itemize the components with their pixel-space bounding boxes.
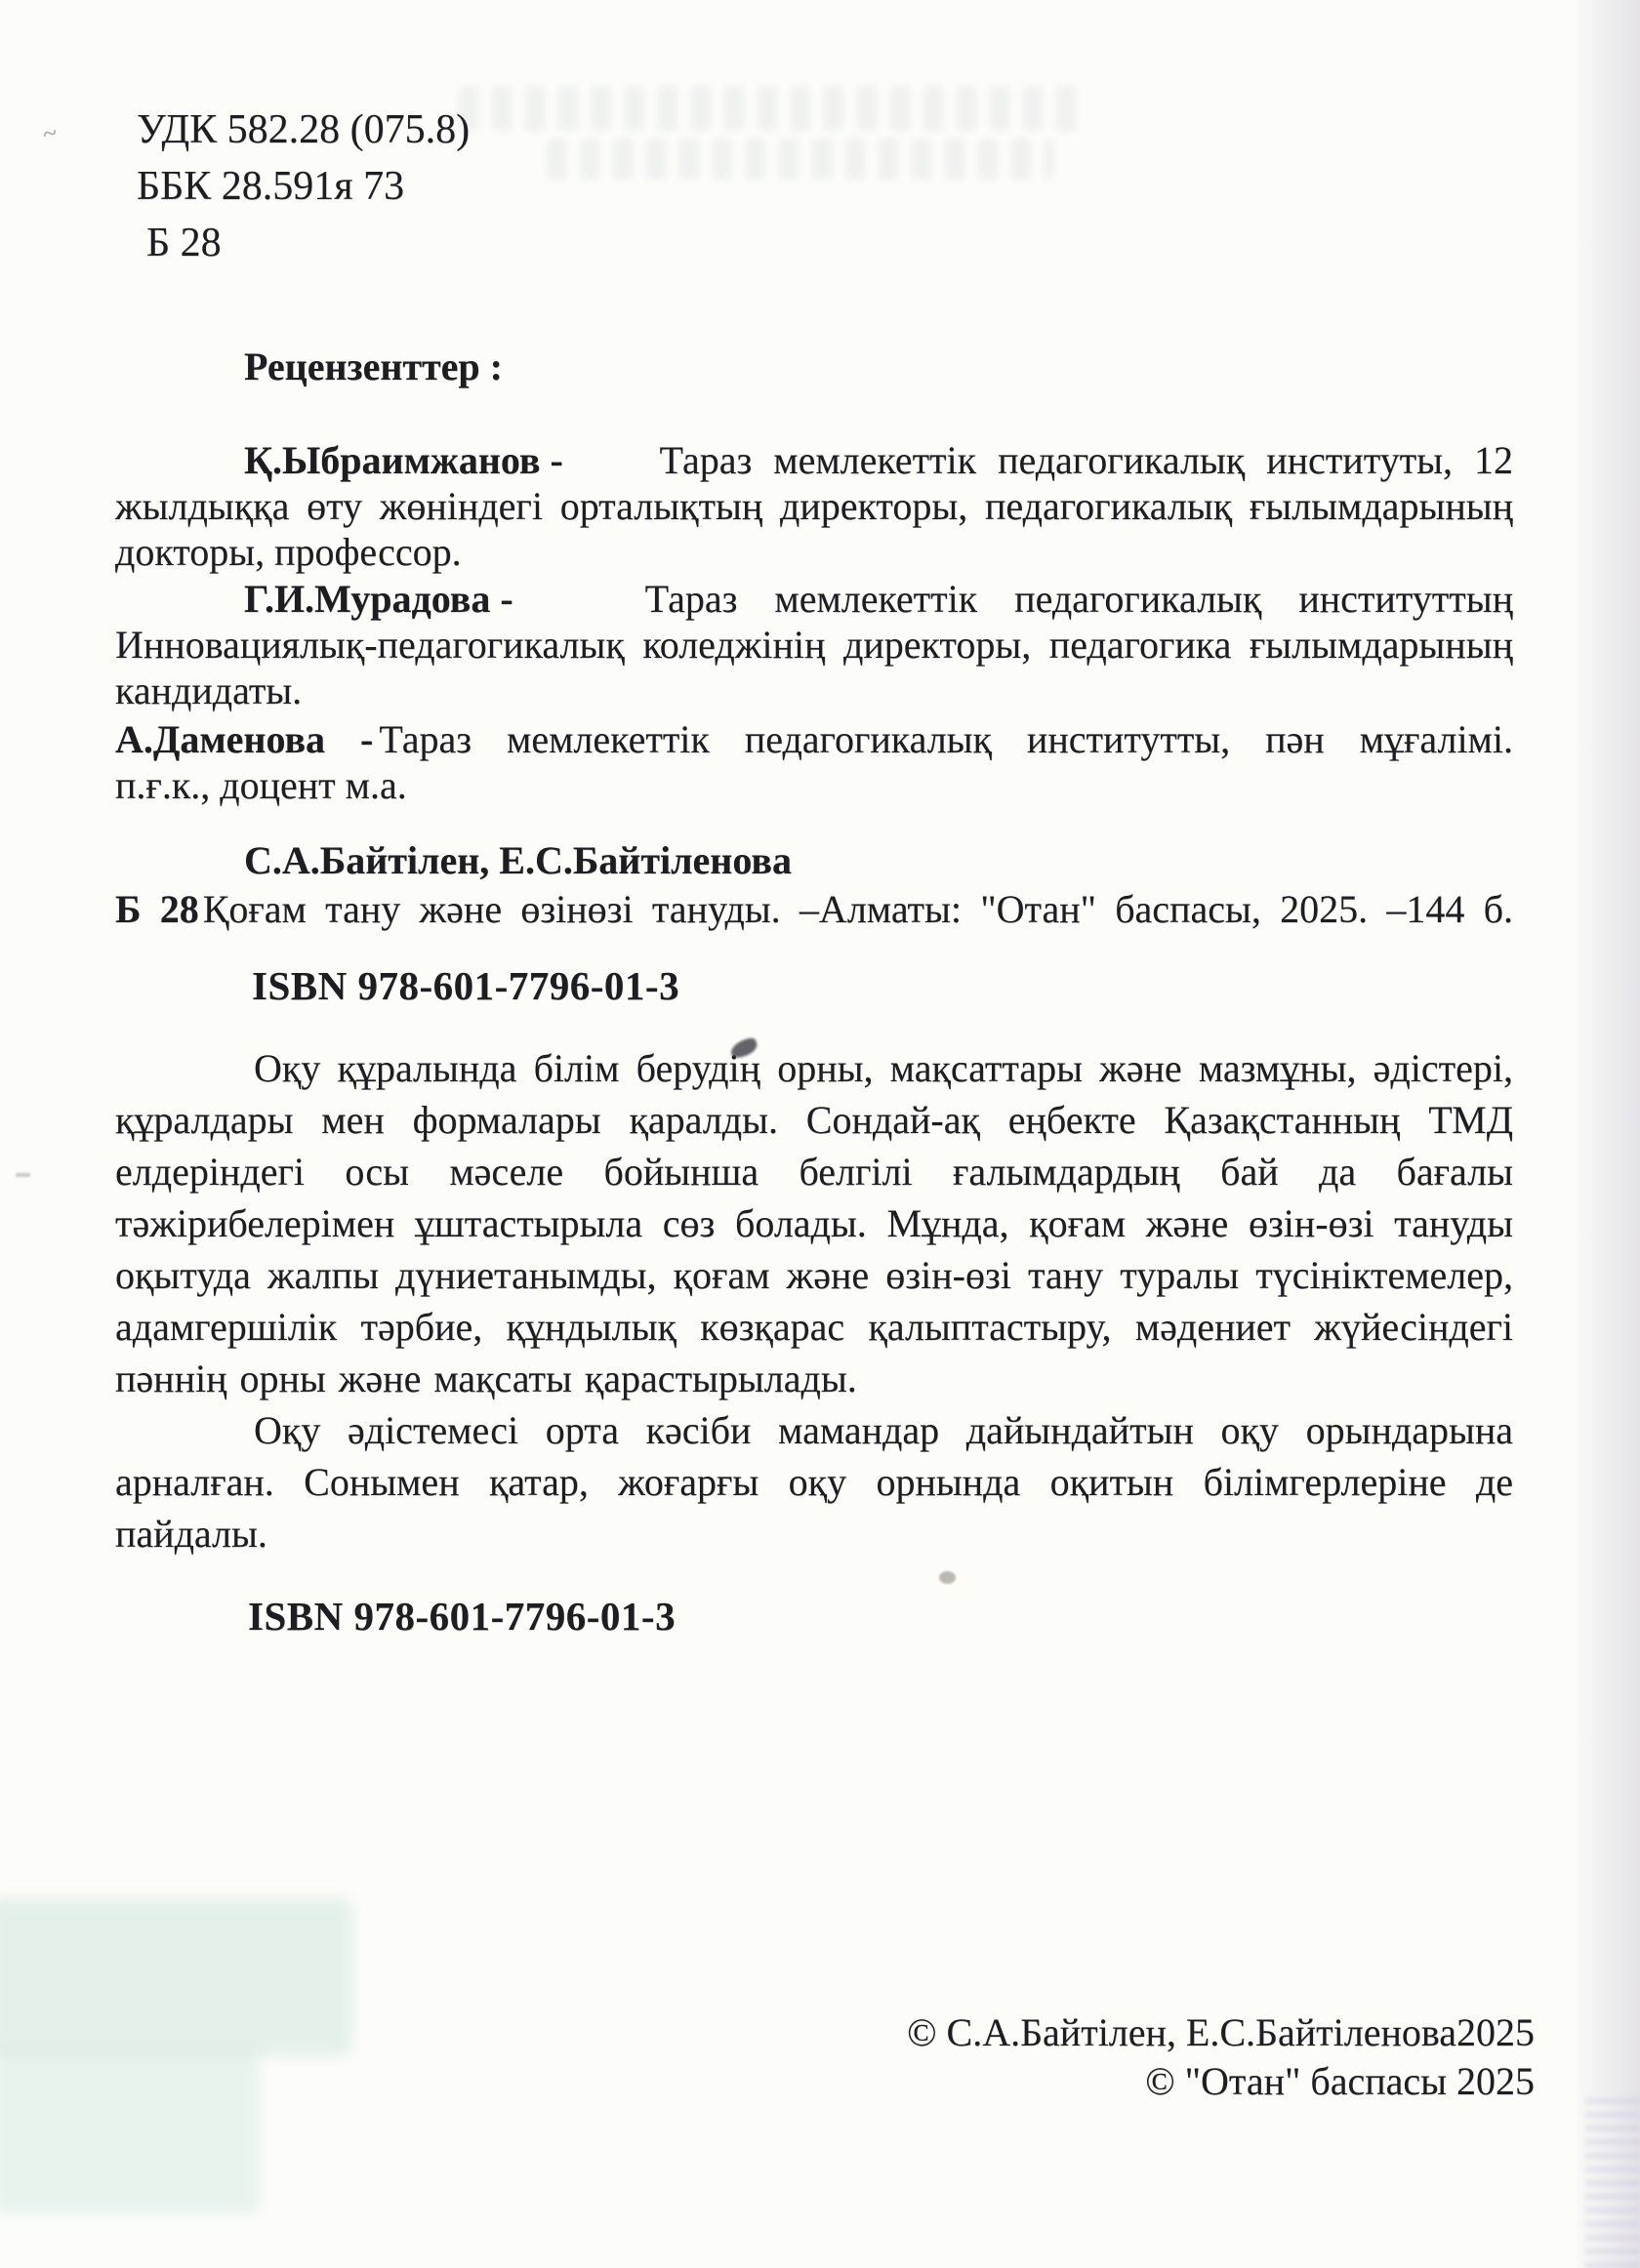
reviewer-line: п.ғ.к., доцент м.а.: [115, 762, 1513, 808]
reviewer-line: Қ.Ыбраимжанов - Тараз мемлекеттік педаго…: [115, 437, 1513, 483]
udk-code: УДК 582.28 (075.8): [137, 101, 470, 158]
reviewer-entry: Қ.Ыбраимжанов - Тараз мемлекеттік педаго…: [115, 437, 1513, 575]
annotation-block: Оқу құралында білім берудің орны, мақсат…: [115, 1042, 1513, 1559]
reviewer-line: кандидаты.: [115, 668, 1513, 713]
bibliographic-entry: Б 28Қоғам тану және өзінөзі тануды. –Алм…: [115, 886, 1513, 932]
reviewer-line: Инновациялық-педагогикалық коледжінің ди…: [115, 622, 1513, 668]
bleedthrough-stamp-artifact: [0, 2049, 260, 2213]
reviewer-affiliation: Тараз мемлекеттік педагогикалық институт…: [379, 717, 1513, 761]
reviewer-name: А.Даменова -: [115, 717, 379, 761]
margin-tick-artifact: [16, 1173, 30, 1177]
reviewer-line: жылдыққа өту жөніндегі орталықтың директ…: [115, 483, 1513, 529]
reviewer-entry: Г.И.Мурадова - Тараз мемлекеттік педагог…: [115, 576, 1513, 713]
annotation-paragraph: Оқу әдістемесі орта кәсіби мамандар дайы…: [115, 1404, 1513, 1559]
reviewer-name: Қ.Ыбраимжанов -: [115, 437, 563, 483]
annotation-paragraph: Оқу құралында білім берудің орны, мақсат…: [115, 1042, 1513, 1404]
copyright-authors-line: © С.А.Байтілен, Е.С.Байтіленова2025: [683, 2008, 1535, 2057]
reviewer-line: А.Даменова -Тараз мемлекеттік педагогика…: [115, 716, 1513, 762]
reviewer-line: Г.И.Мурадова - Тараз мемлекеттік педагог…: [115, 576, 1513, 622]
bleedthrough-stamp-artifact: [0, 1899, 351, 2055]
bibliographic-description: Қоғам тану және өзінөзі тануды. –Алматы:…: [203, 887, 1513, 931]
classification-codes: УДК 582.28 (075.8) ББК 28.591я 73 Б 28: [137, 101, 470, 271]
scan-edge-streaks: [1585, 2098, 1640, 2268]
reviewers-heading: Рецензенттер :: [244, 344, 503, 389]
authors-line: С.А.Байтілен, Е.С.Байтіленова: [244, 837, 792, 883]
reviewer-name: Г.И.Мурадова -: [115, 576, 513, 622]
book-code: Б 28: [115, 887, 203, 931]
reviewer-entry: А.Даменова -Тараз мемлекеттік педагогика…: [115, 716, 1513, 808]
isbn-line-repeat: ISBN 978-601-7796-01-3: [248, 1593, 676, 1640]
isbn-line: ISBN 978-601-7796-01-3: [252, 962, 679, 1009]
bleedthrough-smudge: [459, 86, 1084, 131]
bbk-code: ББК 28.591я 73: [137, 158, 470, 215]
copyright-block: © С.А.Байтілен, Е.С.Байтіленова2025 © "О…: [683, 2008, 1535, 2106]
scan-edge-shadow: [1570, 0, 1640, 2268]
pen-squiggle-artifact: ~: [40, 118, 60, 149]
bleedthrough-smudge: [547, 139, 1054, 180]
dust-speck-artifact: [939, 1571, 956, 1584]
book-code: Б 28: [137, 215, 470, 271]
reviewer-line: докторы, профессор.: [115, 529, 1513, 575]
copyright-publisher-line: © "Отан" баспасы 2025: [683, 2057, 1535, 2106]
book-imprint-page: ~ УДК 582.28 (075.8) ББК 28.591я 73 Б 28…: [0, 0, 1640, 2268]
reviewer-affiliation: Тараз мемлекеттік педагогикалық институт…: [660, 437, 1513, 483]
reviewer-affiliation: Тараз мемлекеттік педагогикалық институт…: [645, 576, 1513, 622]
